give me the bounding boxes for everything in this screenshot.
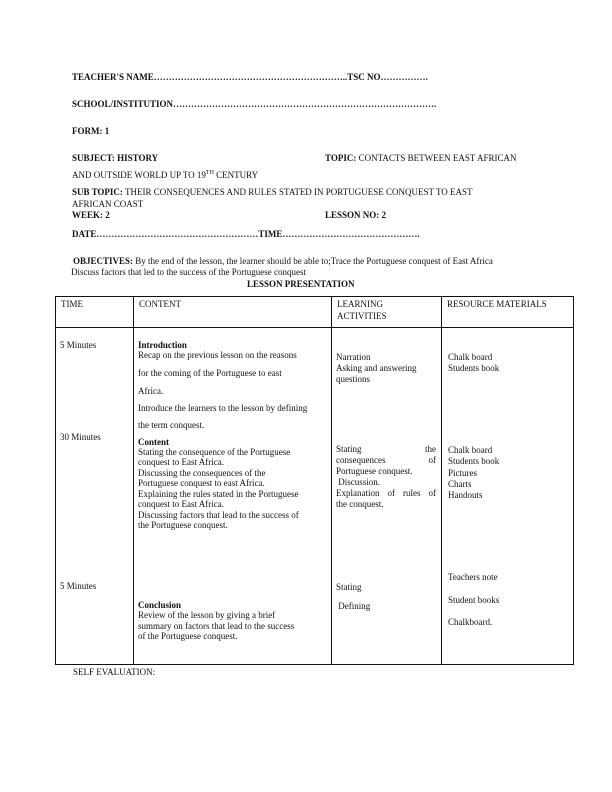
activity-word: Stating [336, 444, 362, 455]
objectives-line: OBJECTIVES: By the end of the lesson, th… [73, 256, 493, 266]
time-content: 30 Minutes [60, 432, 101, 443]
intro-line: Recap on the previous lesson on the reas… [138, 350, 297, 361]
resource-item: Student books [448, 595, 499, 606]
time-cell: 5 Minutes 30 Minutes 5 Minutes [56, 328, 134, 665]
school-line: SCHOOL/INSTITUTION…………………………………………………………… [72, 99, 436, 109]
activity-item: Portuguese conquest. [336, 466, 413, 477]
subtopic-line-2: AFRICAN COAST [72, 199, 143, 209]
resource-item: Handouts [448, 490, 483, 501]
activity-word: the [425, 444, 436, 455]
activity-word: rules [403, 488, 421, 499]
lesson-presentation-title: LESSON PRESENTATION [247, 279, 354, 289]
activity-word: of [429, 455, 437, 466]
conclusion-line: Review of the lesson by giving a brief [138, 610, 275, 621]
intro-line: Africa. [138, 386, 163, 397]
table-row: 5 Minutes 30 Minutes 5 Minutes Introduct… [56, 328, 574, 665]
content-line: Portuguese conquest to east Africa. [138, 478, 265, 489]
activity-word: Explanation [336, 488, 380, 499]
activity-item: questions [336, 374, 370, 385]
subtopic-label: SUB TOPIC: [72, 187, 123, 197]
header-resources: RESOURCE MATERIALS [447, 298, 547, 310]
time-conclusion: 5 Minutes [60, 581, 96, 592]
subtopic-text: THEIR CONSEQUENCES AND RULES STATED IN P… [123, 187, 473, 197]
header-cell-activities: LEARNINGACTIVITIES [332, 297, 442, 328]
activity-item: Statingthe [336, 444, 436, 455]
lesson-no-line: LESSON NO: 2 [325, 210, 386, 220]
week-line: WEEK: 2 [72, 210, 110, 220]
activity-item: Defining [336, 601, 370, 612]
subject-line: SUBJECT: HISTORY [72, 153, 158, 163]
form-line: FORM: 1 [72, 126, 109, 136]
resource-item: Teachers note [448, 572, 498, 583]
header-activities-2: ACTIVITIES [337, 311, 387, 321]
content-line: conquest to East Africa. [138, 499, 224, 510]
activities-cell: Narration Asking and answering questions… [332, 328, 442, 665]
activity-item: Asking and answering [336, 363, 417, 374]
resource-item: Chalkboard. [448, 617, 492, 628]
activity-item: Discussion. [336, 477, 380, 488]
activity-item: Stating [336, 582, 362, 593]
activity-item: consequencesof [336, 455, 436, 466]
activity-item: the conquest. [336, 499, 384, 510]
topic-label: TOPIC: [325, 153, 356, 163]
resource-item: Charts [448, 479, 472, 490]
objectives-text: By the end of the lesson, the learner sh… [133, 256, 493, 266]
self-evaluation-label: SELF EVALUATION: [73, 667, 155, 677]
topic-line: TOPIC: CONTACTS BETWEEN EAST AFRICAN [325, 153, 516, 163]
content-line: the Portuguese conquest. [138, 520, 228, 531]
intro-line: the term conquest. [138, 420, 204, 431]
date-time-line: DATE………………………………………………TIME……………………………………… [72, 229, 420, 239]
content-cell: Introduction Recap on the previous lesso… [134, 328, 332, 665]
intro-line: Introduce the learners to the lesson by … [138, 403, 307, 414]
activity-word: of [429, 488, 437, 499]
resource-item: Students book [448, 363, 499, 374]
topic-text: CONTACTS BETWEEN EAST AFRICAN [356, 153, 516, 163]
resources-cell: Chalk board Students book Chalk board St… [442, 328, 574, 665]
intro-line: for the coming of the Portuguese to east [138, 368, 282, 379]
conclusion-line: of the Portuguese conquest. [138, 631, 237, 642]
resource-item: Chalk board [448, 352, 492, 363]
subtopic-line: SUB TOPIC: THEIR CONSEQUENCES AND RULES … [72, 187, 473, 197]
header-activities: LEARNINGACTIVITIES [337, 298, 387, 322]
topic-text-2: AND OUTSIDE WORLD UP TO 19 [72, 170, 206, 180]
resource-item: Students book [448, 456, 499, 467]
table-header-row: TIME CONTENT LEARNINGACTIVITIES RESOURCE… [56, 297, 574, 328]
header-activities-1: LEARNING [337, 299, 383, 309]
objectives-label: OBJECTIVES: [73, 256, 133, 266]
activity-item: Narration [336, 352, 370, 363]
content-line: conquest to East Africa. [138, 457, 224, 468]
resource-item: Pictures [448, 468, 477, 479]
teacher-name-line: TEACHER'S NAME………………………………………………………..TSC… [72, 72, 428, 82]
topic-text-3: CENTURY [214, 170, 258, 180]
topic-superscript: TH [206, 170, 214, 176]
header-content: CONTENT [139, 298, 181, 310]
time-intro: 5 Minutes [60, 340, 96, 351]
objectives-line-2: Discuss factors that led to the success … [71, 267, 306, 277]
activity-word: consequences [336, 455, 385, 466]
header-cell-resources: RESOURCE MATERIALS [442, 297, 574, 328]
header-time: TIME [61, 298, 83, 310]
lesson-presentation-table: TIME CONTENT LEARNINGACTIVITIES RESOURCE… [55, 296, 574, 665]
activity-item: Explanationofrulesof [336, 488, 436, 499]
activity-word: of [388, 488, 396, 499]
header-cell-content: CONTENT [134, 297, 332, 328]
resource-item: Chalk board [448, 445, 492, 456]
topic-line-2: AND OUTSIDE WORLD UP TO 19TH CENTURY [72, 170, 258, 180]
header-cell-time: TIME [56, 297, 134, 328]
